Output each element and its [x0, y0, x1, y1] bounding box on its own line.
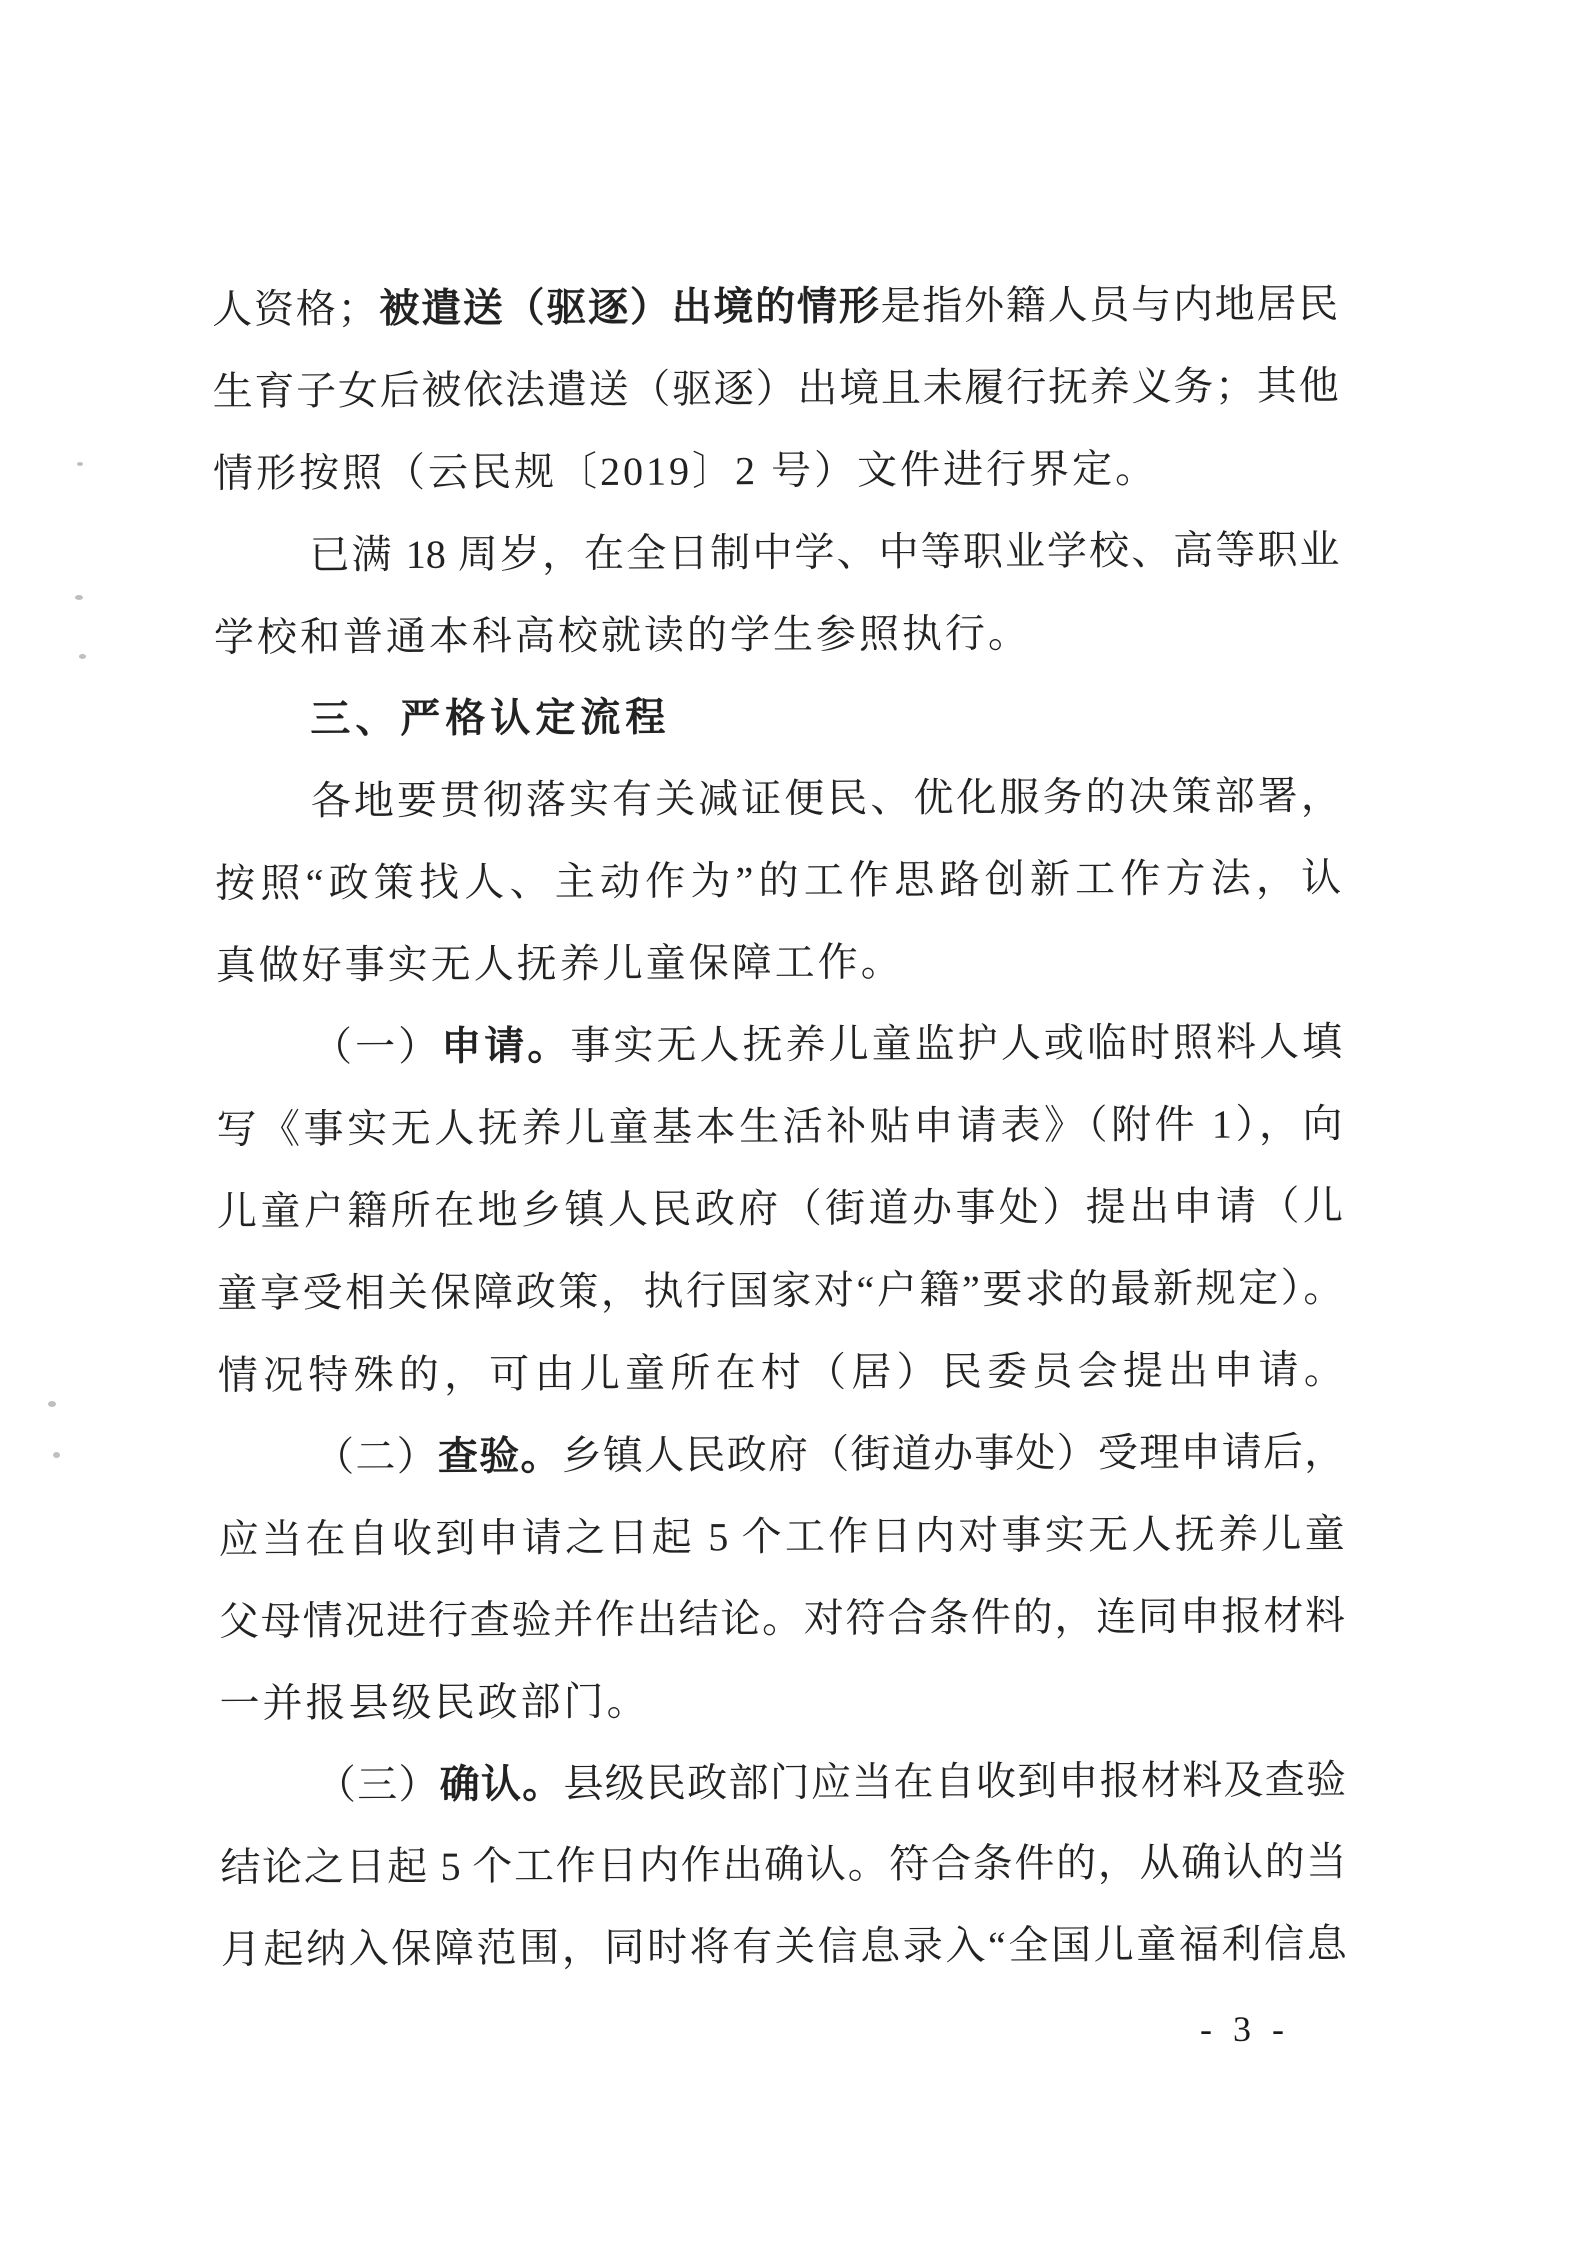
text-segment: （二） — [314, 1434, 438, 1480]
text-segment: 被遣送（驱逐）出境的情形 — [377, 284, 880, 332]
text-segment: 应当在自收到申请之日起 5 个工作日内对事实无人抚养儿童 — [219, 1511, 1345, 1562]
text-segment: 事实无人抚养儿童监护人或临时照料人填 — [570, 1019, 1342, 1068]
text-segment: 各地要贯彻落实有关减证便民、优化服务的决策部署， — [311, 773, 1341, 823]
text-segment: （三） — [316, 1762, 440, 1808]
text-segment: 学校和普通本科高校就读的学生参照执行。 — [214, 611, 1031, 660]
text-segment: 按照“政策找人、主动作为”的工作思路创新工作方法，认 — [215, 855, 1341, 906]
text-segment: 县级民政部门应当在自收到申报材料及查验 — [563, 1757, 1346, 1806]
text-segment: 是指外籍人员与内地居民 — [880, 281, 1338, 328]
section-heading: 三、严格认定流程 — [214, 673, 1340, 761]
scan-speck — [53, 1452, 60, 1458]
text-segment: 生育子女后被依法遣送（驱逐）出境且未履行抚养义务；其他 — [213, 363, 1339, 414]
text-line: 学校和普通本科高校就读的学生参照执行。 — [214, 591, 1340, 679]
text-line: 应当在自收到申请之日起 5 个工作日内对事实无人抚养儿童 — [218, 1493, 1344, 1581]
text-line: （一）申请。事实无人抚养儿童监护人或临时照料人填 — [216, 1001, 1342, 1089]
text-line: 按照“政策找人、主动作为”的工作思路创新工作方法，认 — [215, 837, 1341, 925]
text-line: 情形按照（云民规〔2019〕2 号）文件进行界定。 — [213, 427, 1339, 515]
text-line: 各地要贯彻落实有关减证便民、优化服务的决策部署， — [215, 755, 1341, 843]
text-segment: 童享受相关保障政策，执行国家对“户籍”要求的最新规定）。 — [217, 1265, 1343, 1316]
text-line: 情况特殊的，可由儿童所在村（居）民委员会提出申请。 — [218, 1329, 1344, 1417]
text-segment: 已满 18 周岁，在全日制中学、中等职业学校、高等职业 — [309, 527, 1339, 577]
text-segment: （一） — [312, 1024, 441, 1070]
text-line: （三）确认。县级民政部门应当在自收到申报材料及查验 — [220, 1739, 1346, 1827]
text-segment: 月起纳入保障范围，同时将有关信息录入“全国儿童福利信息 — [221, 1921, 1347, 1972]
page-number: - 3 - — [1200, 2008, 1290, 2050]
text-segment: 情形按照（云民规〔2019〕2 号）文件进行界定。 — [213, 446, 1158, 496]
scan-speck — [79, 654, 86, 659]
document-page: 人资格；被遣送（驱逐）出境的情形是指外籍人员与内地居民生育子女后被依法遣送（驱逐… — [0, 0, 1587, 2244]
text-line: 父母情况进行查验并作出结论。对符合条件的，连同申报材料 — [219, 1575, 1345, 1663]
text-block: 人资格；被遣送（驱逐）出境的情形是指外籍人员与内地居民生育子女后被依法遣送（驱逐… — [212, 263, 1347, 1991]
text-segment: 结论之日起 5 个工作日内作出确认。符合条件的，从确认的当 — [220, 1839, 1346, 1890]
scan-speck — [48, 1401, 56, 1407]
text-segment: 真做好事实无人抚养儿童保障工作。 — [216, 939, 904, 988]
scan-speck — [75, 595, 83, 600]
text-line: 月起纳入保障范围，同时将有关信息录入“全国儿童福利信息 — [221, 1903, 1347, 1991]
text-segment: 写《事实无人抚养儿童基本生活补贴申请表》（附件 1），向 — [216, 1101, 1342, 1152]
text-segment: 一并报县级民政部门。 — [219, 1679, 649, 1726]
text-line: 写《事实无人抚养儿童基本生活补贴申请表》（附件 1），向 — [216, 1083, 1342, 1171]
text-line: 结论之日起 5 个工作日内作出确认。符合条件的，从确认的当 — [220, 1821, 1346, 1909]
text-segment: 乡镇人民政府（街道办事处）受理申请后， — [562, 1429, 1345, 1478]
text-line: 真做好事实无人抚养儿童保障工作。 — [215, 919, 1341, 1007]
text-line: 已满 18 周岁，在全日制中学、中等职业学校、高等职业 — [213, 509, 1339, 597]
text-segment: 三、严格认定流程 — [310, 696, 670, 742]
text-line: 儿童户籍所在地乡镇人民政府（街道办事处）提出申请（儿 — [217, 1165, 1343, 1253]
text-line: 生育子女后被依法遣送（驱逐）出境且未履行抚养义务；其他 — [212, 345, 1338, 433]
text-segment: 情况特殊的，可由儿童所在村（居）民委员会提出申请。 — [218, 1347, 1344, 1398]
text-segment: 确认。 — [440, 1761, 564, 1807]
text-line: 童享受相关保障政策，执行国家对“户籍”要求的最新规定）。 — [217, 1247, 1343, 1335]
text-line: （二）查验。乡镇人民政府（街道办事处）受理申请后， — [218, 1411, 1344, 1499]
text-segment: 人资格； — [212, 286, 378, 332]
text-segment: 父母情况进行查验并作出结论。对符合条件的，连同申报材料 — [219, 1593, 1345, 1644]
text-line: 人资格；被遣送（驱逐）出境的情形是指外籍人员与内地居民 — [212, 263, 1338, 351]
text-segment: 申请。 — [441, 1023, 570, 1069]
text-line: 一并报县级民政部门。 — [219, 1657, 1345, 1745]
scan-speck — [77, 462, 83, 466]
text-segment: 查验。 — [438, 1433, 562, 1479]
text-segment: 儿童户籍所在地乡镇人民政府（街道办事处）提出申请（儿 — [217, 1183, 1343, 1234]
